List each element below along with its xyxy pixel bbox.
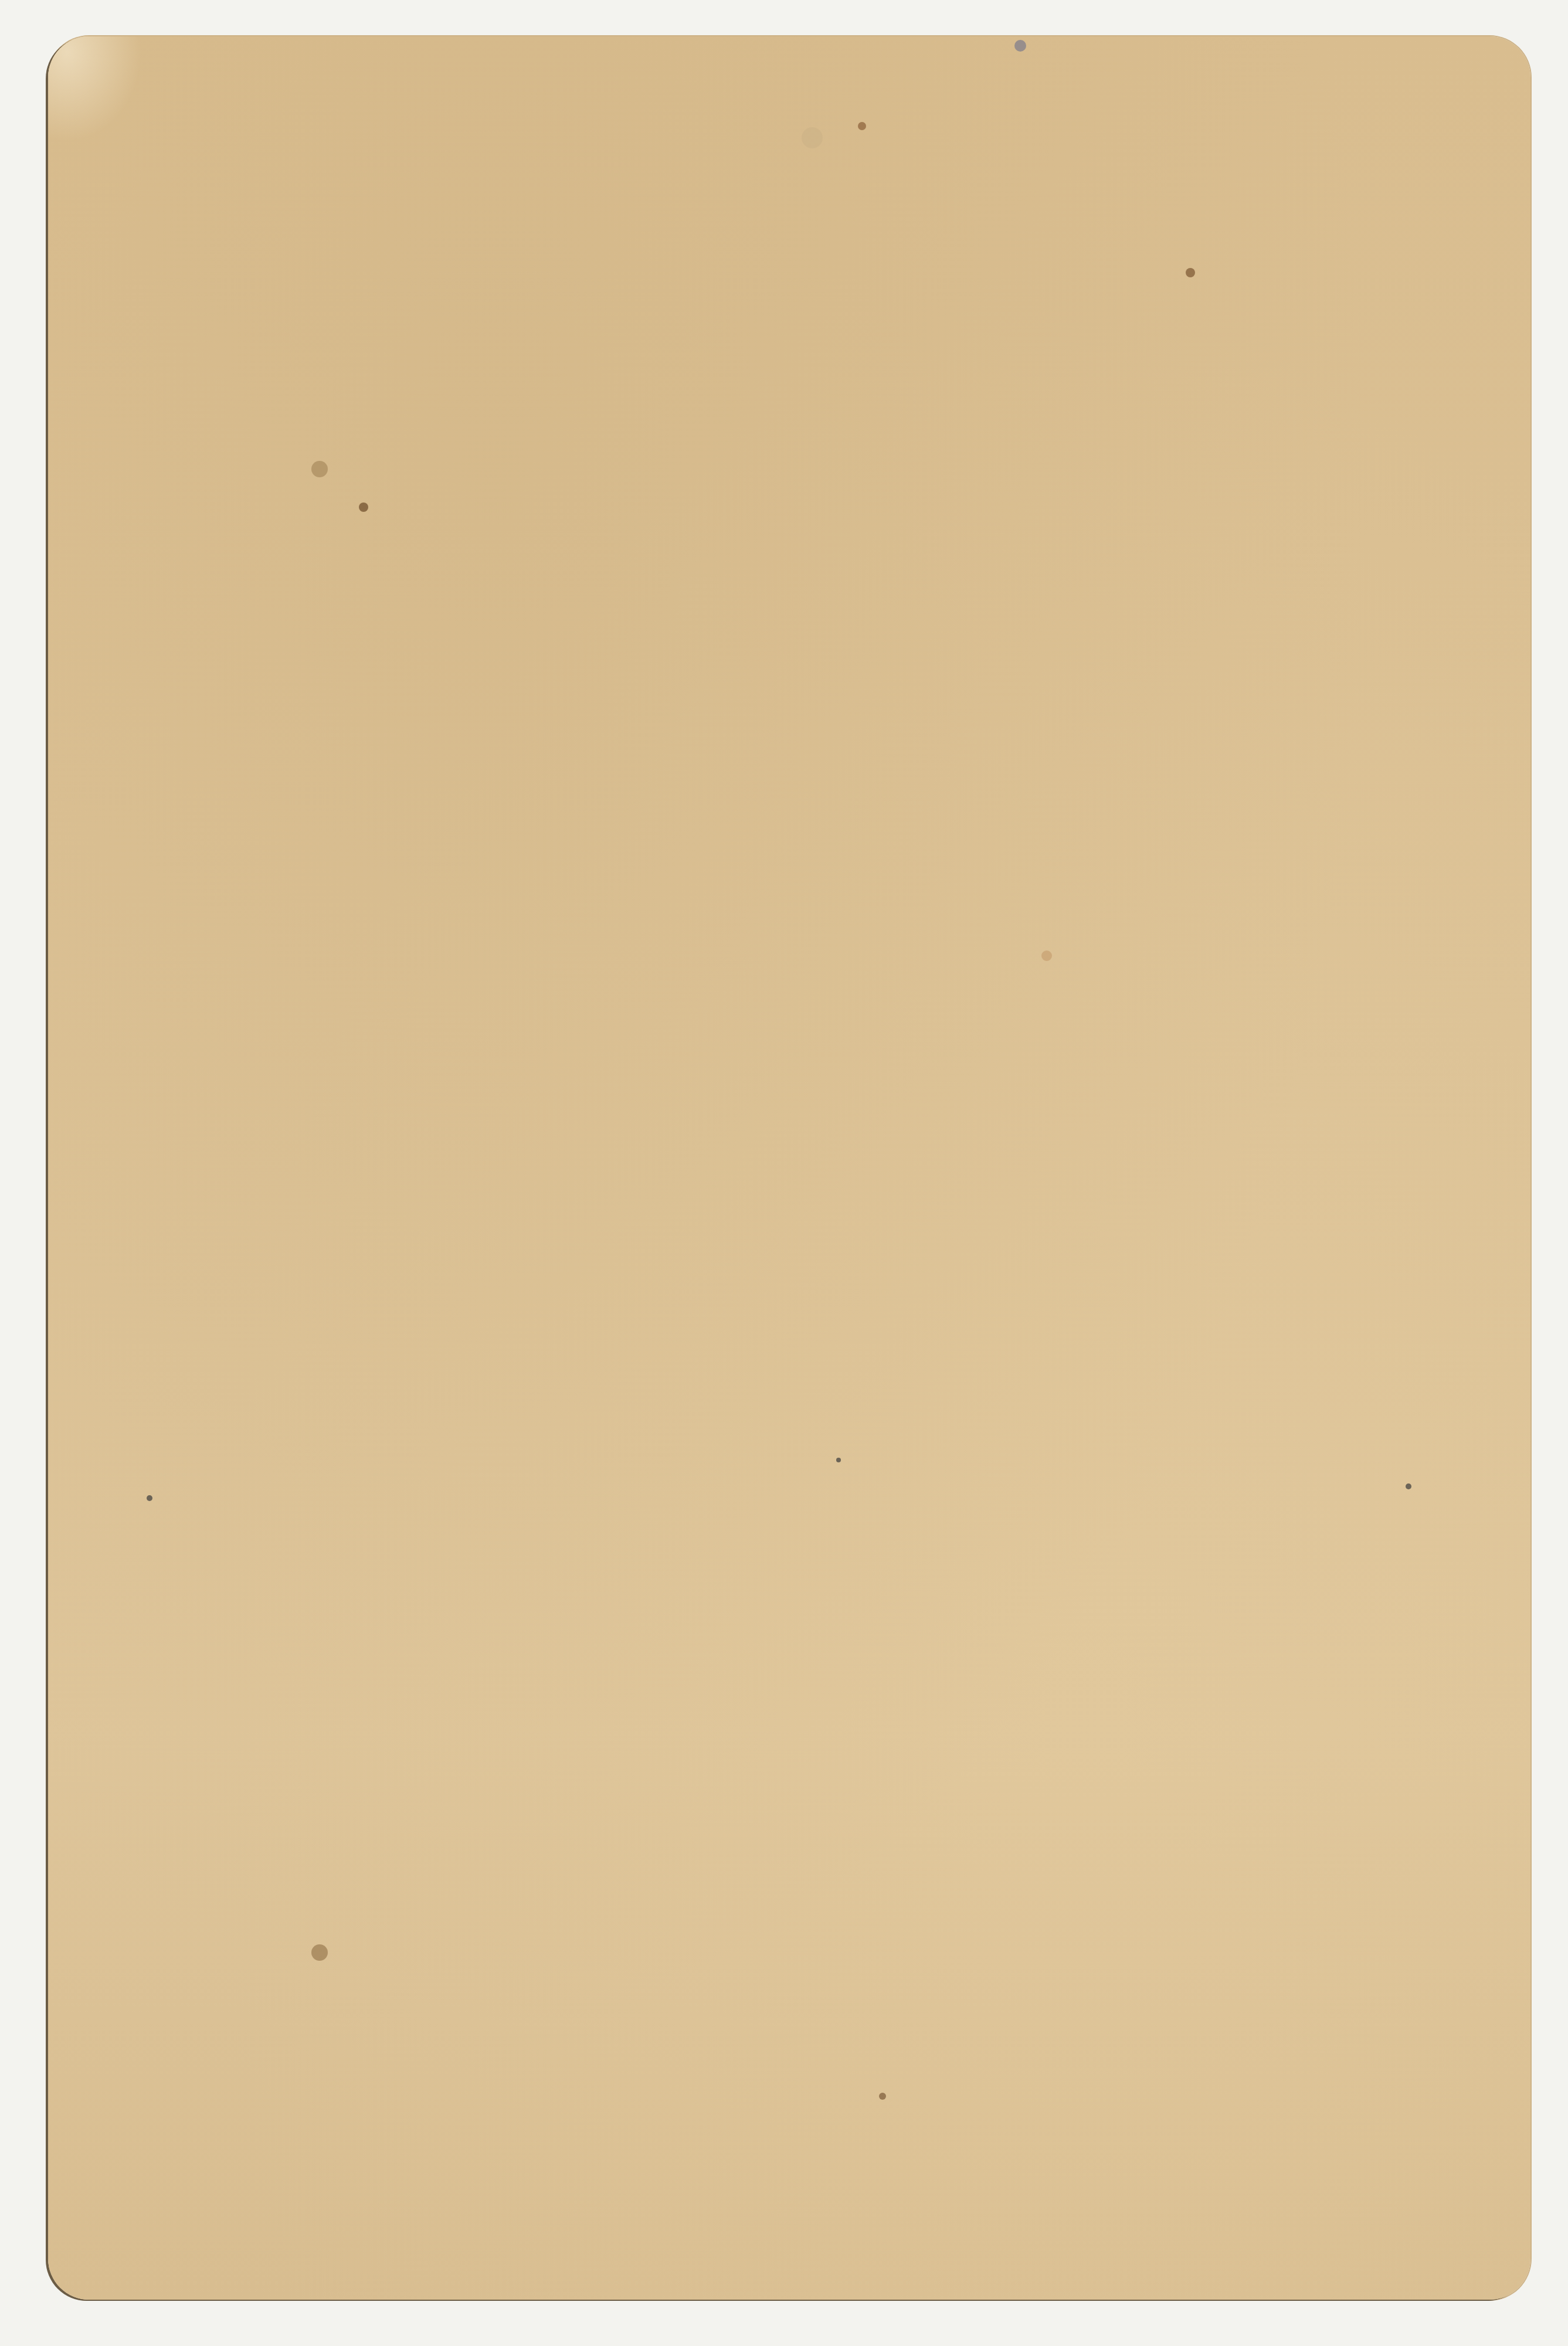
card-back [48,36,1530,2300]
stain-spot [1186,268,1195,277]
stain-spot [311,1944,328,1961]
stain-spot [836,1458,841,1462]
stain-spot [147,1495,152,1501]
stain-spot [359,503,368,512]
stain-spot [879,2093,886,2100]
stain-spot [1014,40,1026,52]
stain-spot [1041,950,1052,961]
stain-spot [802,127,823,148]
stain-spot [858,122,866,130]
stain-spot [311,461,328,477]
stain-spot [1406,1483,1411,1489]
corner-wear [48,36,142,142]
